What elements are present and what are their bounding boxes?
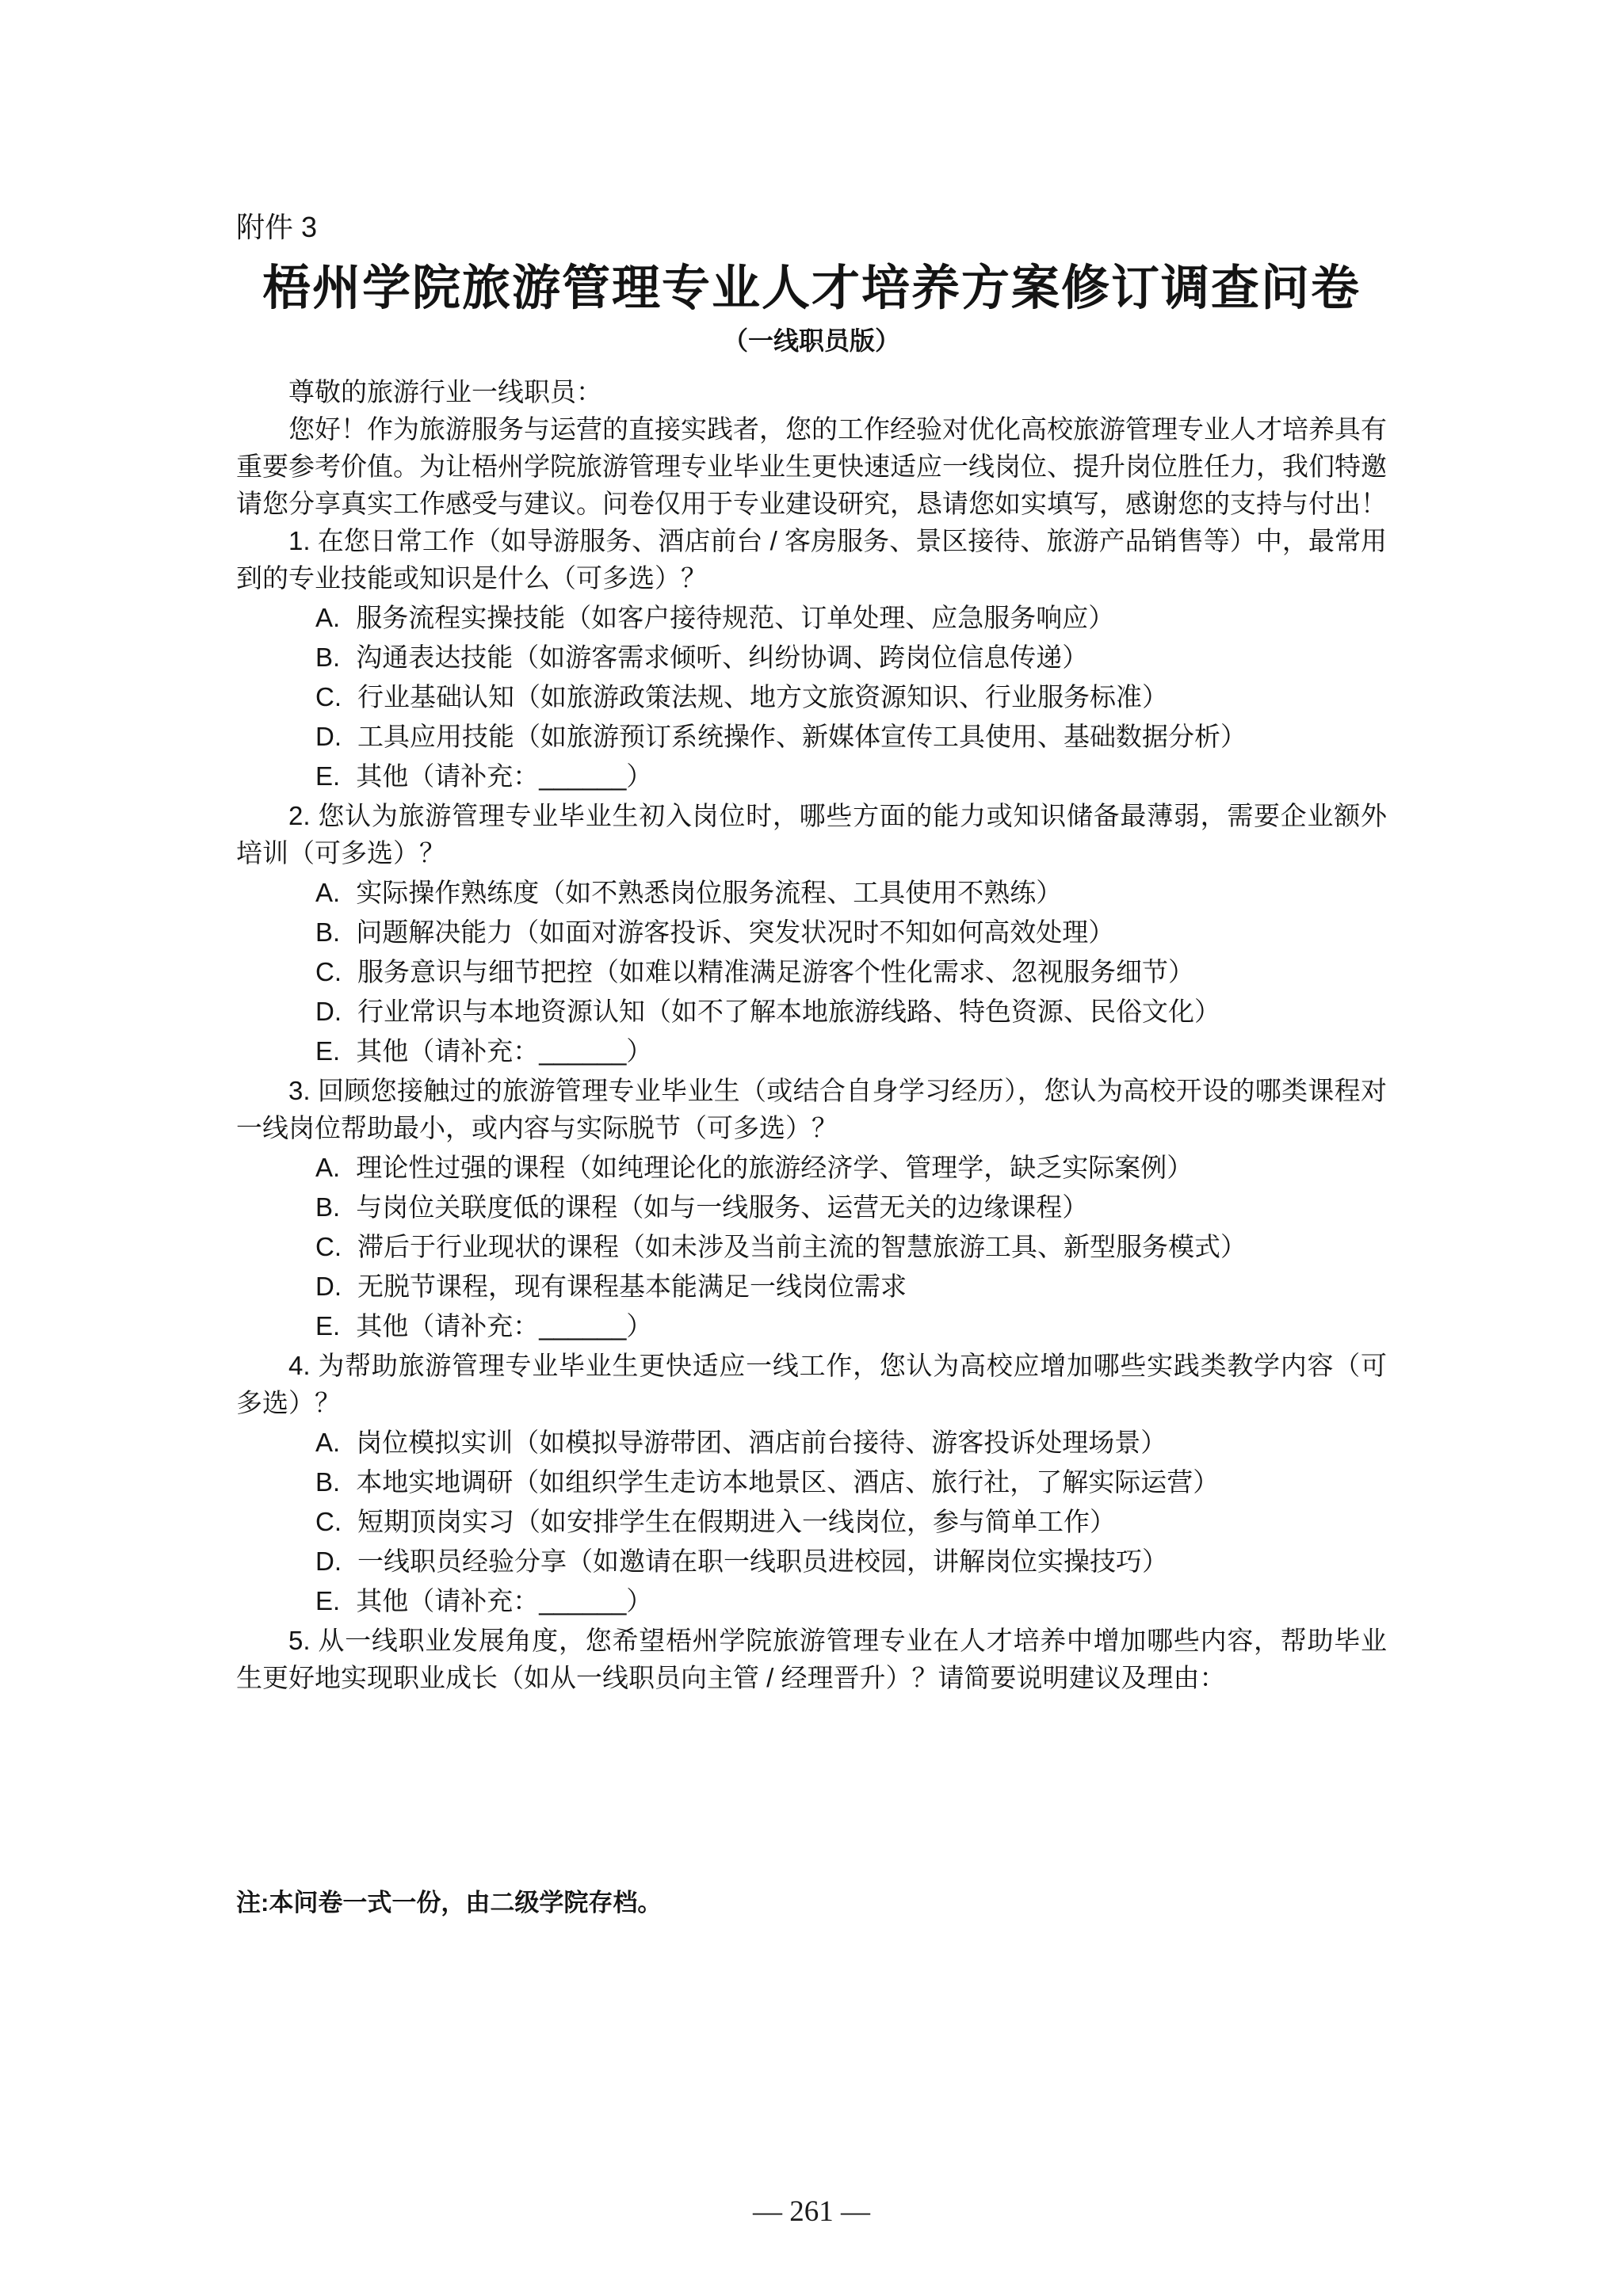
- page-subtitle: （一线职员版）: [236, 322, 1387, 359]
- page-number: — 261 —: [0, 2195, 1623, 2229]
- question-block-2: 2. 您认为旅游管理专业毕业生初入岗位时，哪些方面的能力或知识储备最薄弱，需要企…: [236, 797, 1387, 1070]
- option-text: 行业常识与本地资源认知（如不了解本地旅游线路、特色资源、民俗文化）: [357, 997, 1220, 1026]
- option-label: B.: [315, 1463, 340, 1501]
- question-4-text: 4. 为帮助旅游管理专业毕业生更快适应一线工作，您认为高校应增加哪些实践类教学内…: [236, 1347, 1387, 1421]
- question-1-option-e: E.其他（请补充：______）: [315, 757, 1387, 795]
- question-2-option-c: C.服务意识与细节把控（如难以精准满足游客个性化需求、忽视服务细节）: [315, 953, 1387, 990]
- option-text: 理论性过强的课程（如纯理论化的旅游经济学、管理学，缺乏实际案例）: [356, 1153, 1193, 1182]
- question-2-option-a: A.实际操作熟练度（如不熟悉岗位服务流程、工具使用不熟练）: [315, 874, 1387, 911]
- option-text: 工具应用技能（如旅游预订系统操作、新媒体宣传工具使用、基础数据分析）: [357, 722, 1247, 751]
- question-3-option-b: B.与岗位关联度低的课程（如与一线服务、运营无关的边缘课程）: [315, 1188, 1387, 1226]
- page-title: 梧州学院旅游管理专业人才培养方案修订调查问卷: [236, 256, 1387, 319]
- question-3-option-d: D.无脱节课程，现有课程基本能满足一线岗位需求: [315, 1268, 1387, 1305]
- option-text: 本地实地调研（如组织学生走访本地景区、酒店、旅行社，了解实际运营）: [356, 1467, 1219, 1497]
- option-text: 其他（请补充：______）: [356, 1036, 652, 1066]
- option-text: 与岗位关联度低的课程（如与一线服务、运营无关的边缘课程）: [356, 1192, 1088, 1222]
- question-2-option-d: D.行业常识与本地资源认知（如不了解本地旅游线路、特色资源、民俗文化）: [315, 993, 1387, 1030]
- page-content: 附件 3 梧州学院旅游管理专业人才培养方案修订调查问卷 （一线职员版） 尊敬的旅…: [0, 0, 1623, 1696]
- question-1-option-d: D.工具应用技能（如旅游预订系统操作、新媒体宣传工具使用、基础数据分析）: [315, 718, 1387, 755]
- option-text: 实际操作熟练度（如不熟悉岗位服务流程、工具使用不熟练）: [356, 878, 1062, 907]
- question-block-3: 3. 回顾您接触过的旅游管理专业毕业生（或结合自身学习经历），您认为高校开设的哪…: [236, 1072, 1387, 1344]
- option-text: 一线职员经验分享（如邀请在职一线职员进校园，讲解岗位实操技巧）: [357, 1547, 1168, 1576]
- option-label: A.: [315, 1149, 340, 1186]
- attachment-label: 附件 3: [236, 208, 1387, 246]
- option-label: D.: [315, 718, 342, 755]
- option-text: 无脱节课程，现有课程基本能满足一线岗位需求: [357, 1272, 907, 1301]
- question-3-option-c: C.滞后于行业现状的课程（如未涉及当前主流的智慧旅游工具、新型服务模式）: [315, 1228, 1387, 1265]
- question-3-option-a: A.理论性过强的课程（如纯理论化的旅游经济学、管理学，缺乏实际案例）: [315, 1149, 1387, 1186]
- option-label: E.: [315, 757, 340, 795]
- question-4-option-c: C.短期顶岗实习（如安排学生在假期进入一线岗位，参与简单工作）: [315, 1503, 1387, 1540]
- archive-note: 注:本问卷一式一份，由二级学院存档。: [236, 1886, 662, 1920]
- option-text: 其他（请补充：______）: [356, 1311, 652, 1341]
- option-label: C.: [315, 1228, 342, 1265]
- option-text: 其他（请补充：______）: [356, 761, 652, 791]
- option-label: B.: [315, 639, 340, 676]
- question-1-option-a: A.服务流程实操技能（如客户接待规范、订单处理、应急服务响应）: [315, 599, 1387, 636]
- question-4-option-a: A.岗位模拟实训（如模拟导游带团、酒店前台接待、游客投诉处理场景）: [315, 1424, 1387, 1461]
- option-label: C.: [315, 1503, 342, 1540]
- option-label: B.: [315, 1188, 340, 1226]
- salutation: 尊敬的旅游行业一线职员：: [236, 373, 1387, 410]
- option-text: 问题解决能力（如面对游客投诉、突发状况时不知如何高效处理）: [356, 917, 1114, 947]
- question-block-5: 5. 从一线职业发展角度，您希望梧州学院旅游管理专业在人才培养中增加哪些内容，帮…: [236, 1622, 1387, 1696]
- option-label: C.: [315, 678, 342, 715]
- option-label: D.: [315, 1543, 342, 1580]
- question-1-option-c: C.行业基础认知（如旅游政策法规、地方文旅资源知识、行业服务标准）: [315, 678, 1387, 715]
- option-label: A.: [315, 599, 340, 636]
- option-label: C.: [315, 953, 342, 990]
- option-label: A.: [315, 874, 340, 911]
- intro-paragraph: 您好！作为旅游服务与运营的直接实践者，您的工作经验对优化高校旅游管理专业人才培养…: [236, 410, 1387, 522]
- option-text: 滞后于行业现状的课程（如未涉及当前主流的智慧旅游工具、新型服务模式）: [357, 1232, 1247, 1261]
- question-block-1: 1. 在您日常工作（如导游服务、酒店前台 / 客房服务、景区接待、旅游产品销售等…: [236, 522, 1387, 795]
- option-label: A.: [315, 1424, 340, 1461]
- question-3-option-e: E.其他（请补充：______）: [315, 1307, 1387, 1344]
- option-text: 服务流程实操技能（如客户接待规范、订单处理、应急服务响应）: [356, 603, 1114, 632]
- option-text: 沟通表达技能（如游客需求倾听、纠纷协调、跨岗位信息传递）: [356, 643, 1088, 672]
- questionnaire-page: 附件 3 梧州学院旅游管理专业人才培养方案修订调查问卷 （一线职员版） 尊敬的旅…: [0, 0, 1623, 2296]
- question-4-option-d: D.一线职员经验分享（如邀请在职一线职员进校园，讲解岗位实操技巧）: [315, 1543, 1387, 1580]
- question-2-option-b: B.问题解决能力（如面对游客投诉、突发状况时不知如何高效处理）: [315, 913, 1387, 951]
- question-1-text: 1. 在您日常工作（如导游服务、酒店前台 / 客房服务、景区接待、旅游产品销售等…: [236, 522, 1387, 597]
- question-2-text: 2. 您认为旅游管理专业毕业生初入岗位时，哪些方面的能力或知识储备最薄弱，需要企…: [236, 797, 1387, 871]
- option-text: 岗位模拟实训（如模拟导游带团、酒店前台接待、游客投诉处理场景）: [356, 1428, 1167, 1457]
- option-label: D.: [315, 993, 342, 1030]
- question-1-option-b: B.沟通表达技能（如游客需求倾听、纠纷协调、跨岗位信息传递）: [315, 639, 1387, 676]
- question-block-4: 4. 为帮助旅游管理专业毕业生更快适应一线工作，您认为高校应增加哪些实践类教学内…: [236, 1347, 1387, 1619]
- option-text: 短期顶岗实习（如安排学生在假期进入一线岗位，参与简单工作）: [357, 1507, 1116, 1536]
- option-text: 其他（请补充：______）: [356, 1586, 652, 1615]
- option-text: 服务意识与细节把控（如难以精准满足游客个性化需求、忽视服务细节）: [357, 957, 1194, 986]
- option-label: D.: [315, 1268, 342, 1305]
- option-label: B.: [315, 913, 340, 951]
- question-4-option-e: E.其他（请补充：______）: [315, 1582, 1387, 1619]
- question-2-option-e: E.其他（请补充：______）: [315, 1032, 1387, 1070]
- option-text: 行业基础认知（如旅游政策法规、地方文旅资源知识、行业服务标准）: [357, 682, 1168, 711]
- question-3-text: 3. 回顾您接触过的旅游管理专业毕业生（或结合自身学习经历），您认为高校开设的哪…: [236, 1072, 1387, 1146]
- question-4-option-b: B.本地实地调研（如组织学生走访本地景区、酒店、旅行社，了解实际运营）: [315, 1463, 1387, 1501]
- option-label: E.: [315, 1032, 340, 1070]
- question-5-text: 5. 从一线职业发展角度，您希望梧州学院旅游管理专业在人才培养中增加哪些内容，帮…: [236, 1622, 1387, 1696]
- option-label: E.: [315, 1307, 340, 1344]
- option-label: E.: [315, 1582, 340, 1619]
